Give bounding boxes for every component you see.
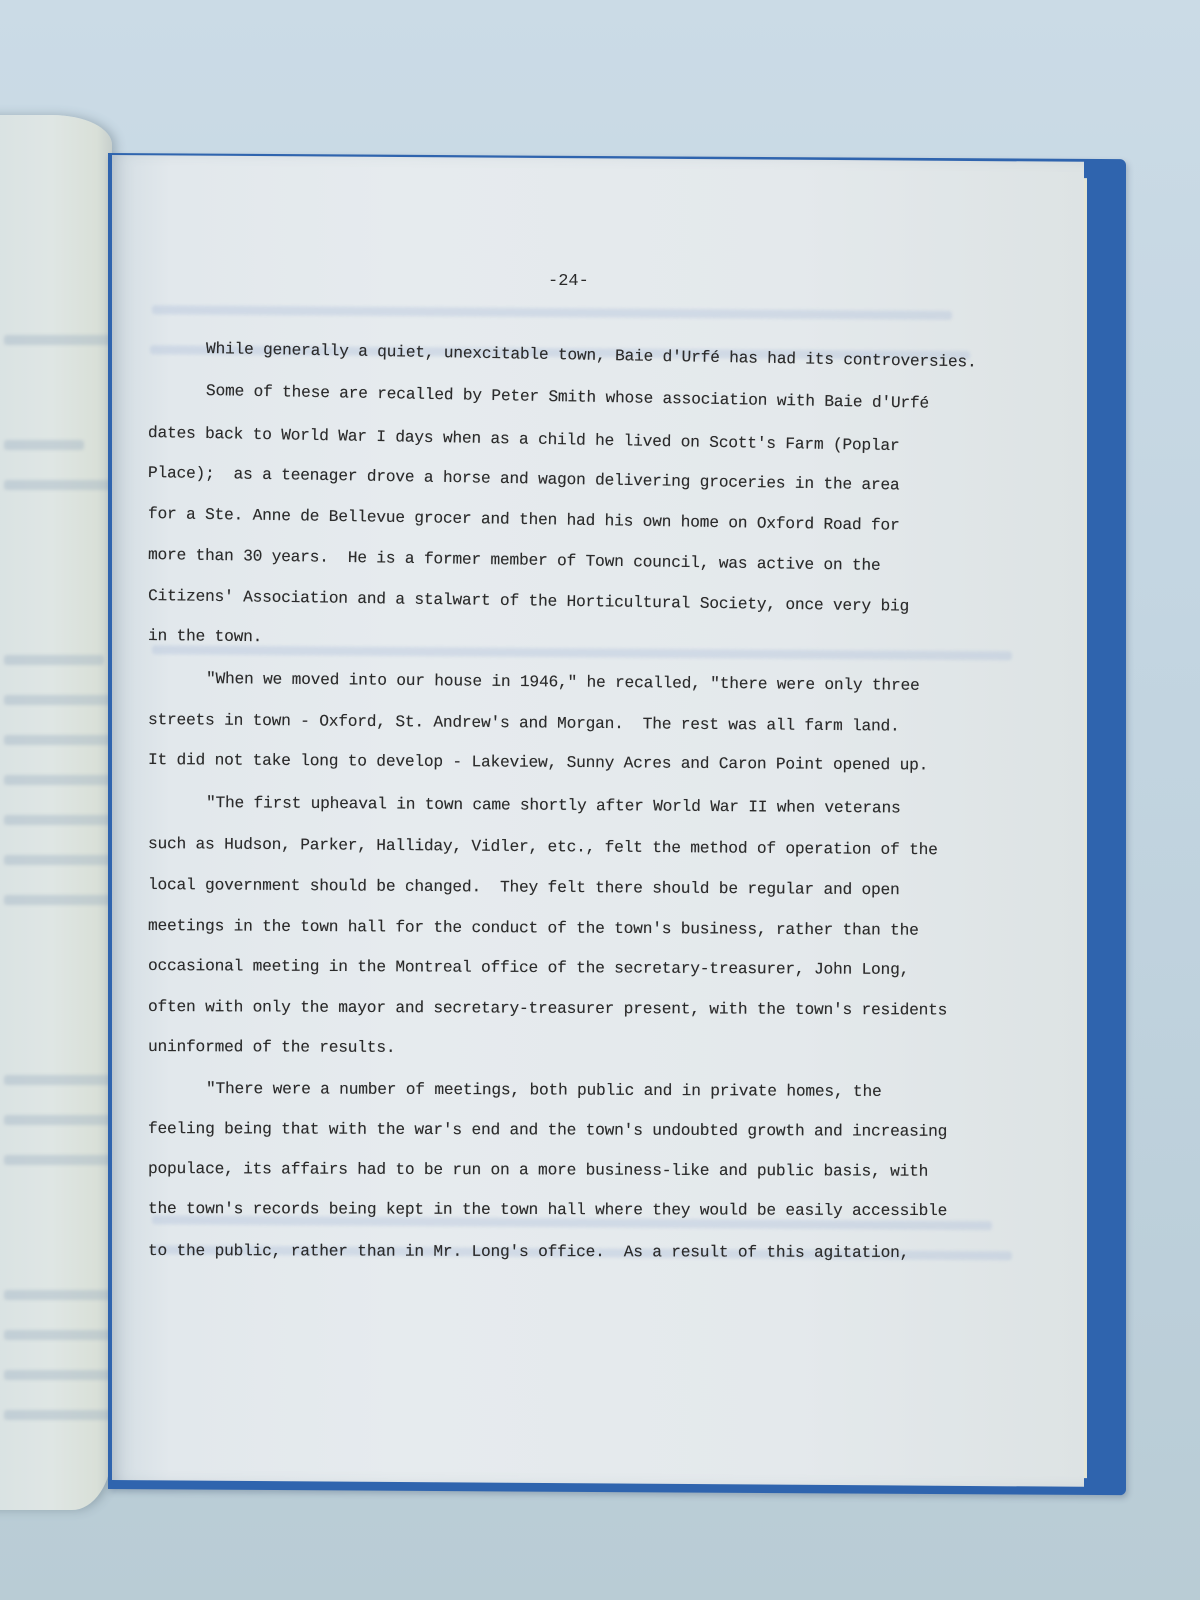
- left-page: [0, 115, 112, 1510]
- bleed-through-text: [4, 815, 112, 825]
- text-line: in the town.: [148, 627, 262, 646]
- bleed-through-text: [4, 480, 112, 490]
- bleed-through-text: [4, 695, 112, 705]
- text-line: populace, its affairs had to be run on a…: [148, 1160, 928, 1181]
- bleed-through-text: [4, 440, 84, 450]
- bleed-through-text: [4, 1075, 112, 1085]
- page-number: -24-: [548, 272, 589, 291]
- bleed-through-text: [4, 895, 112, 905]
- bleed-through-text: [4, 735, 112, 745]
- bleed-through-text: [4, 1410, 112, 1420]
- text-line: often with only the mayor and secretary-…: [148, 998, 947, 1019]
- text-line: feeling being that with the war's end an…: [148, 1120, 947, 1141]
- show-through-text: [152, 305, 952, 320]
- text-line: "There were a number of meetings, both p…: [206, 1080, 882, 1101]
- text-line: uninformed of the results.: [148, 1038, 395, 1057]
- bleed-through-text: [4, 775, 112, 785]
- text-line: to the public, rather than in Mr. Long's…: [148, 1242, 909, 1262]
- bleed-through-text: [4, 855, 112, 865]
- bleed-through-text: [4, 1155, 112, 1165]
- bleed-through-text: [4, 1370, 112, 1380]
- bleed-through-text: [4, 655, 104, 665]
- text-line: the town's records being kept in the tow…: [148, 1200, 947, 1220]
- bleed-through-text: [4, 1330, 112, 1340]
- bleed-through-text: [4, 1290, 112, 1300]
- bleed-through-text: [4, 335, 112, 345]
- show-through-text: [152, 645, 1012, 660]
- bleed-through-text: [4, 1115, 112, 1125]
